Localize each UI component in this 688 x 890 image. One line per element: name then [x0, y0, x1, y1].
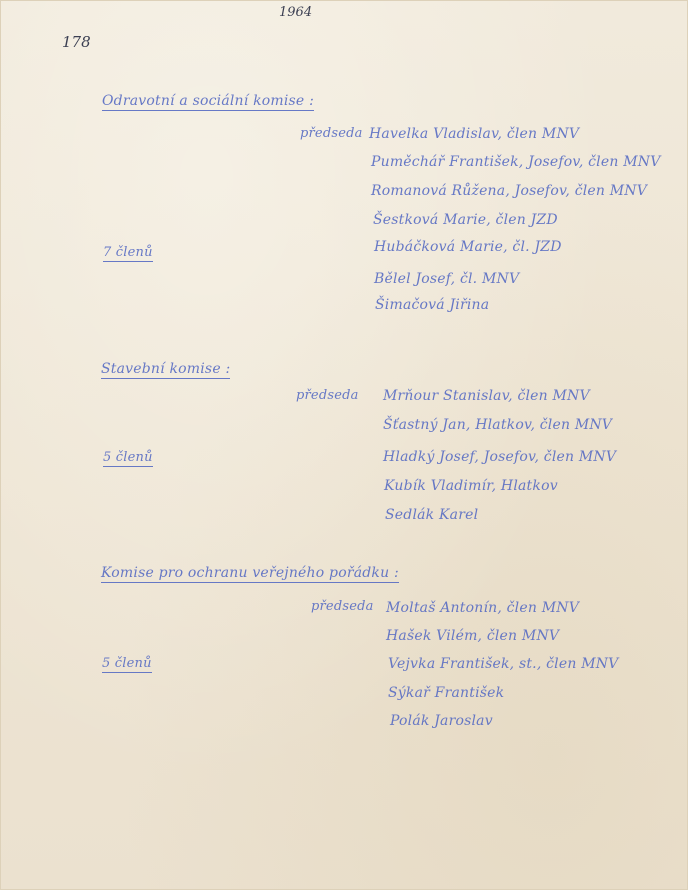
- document-year: 1964: [279, 6, 312, 19]
- section-title: Komise pro ochranu veřejného pořádku :: [101, 566, 399, 583]
- member-entry: Romanová Růžena, Josefov, člen MNV: [371, 184, 647, 198]
- members-count-label: 5 členů: [102, 657, 152, 673]
- member-entry: Vejvka František, st., člen MNV: [388, 657, 619, 671]
- member-entry: Šestková Marie, člen JZD: [373, 213, 558, 227]
- member-entry: Havelka Vladislav, člen MNV: [369, 127, 579, 141]
- chair-label: předseda: [296, 389, 359, 402]
- member-entry: Hubáčková Marie, čl. JZD: [374, 240, 562, 254]
- page-number: 178: [62, 35, 91, 50]
- member-entry: Mrňour Stanislav, člen MNV: [383, 389, 590, 403]
- member-entry: Hašek Vilém, člen MNV: [386, 629, 559, 643]
- member-entry: Polák Jaroslav: [390, 714, 493, 728]
- members-count-label: 5 členů: [103, 451, 153, 467]
- member-entry: Šťastný Jan, Hlatkov, člen MNV: [383, 418, 612, 432]
- member-entry: Bělel Josef, čl. MNV: [374, 272, 519, 286]
- member-entry: Puměchář František, Josefov, člen MNV: [371, 155, 661, 169]
- member-entry: Sedlák Karel: [385, 508, 478, 522]
- section-title: Stavební komise :: [101, 362, 230, 379]
- section-title: Odravotní a sociální komise :: [102, 94, 314, 111]
- member-entry: Šimačová Jiřina: [375, 298, 489, 312]
- chair-label: předseda: [311, 600, 374, 613]
- member-entry: Moltaš Antonín, člen MNV: [386, 601, 579, 615]
- member-entry: Hladký Josef, Josefov, člen MNV: [383, 450, 616, 464]
- member-entry: Kubík Vladimír, Hlatkov: [384, 479, 558, 493]
- member-entry: Sýkař František: [388, 686, 504, 700]
- members-count-label: 7 členů: [103, 246, 153, 262]
- document-page: 1964 178 Odravotní a sociální komise : p…: [0, 0, 688, 890]
- chair-label: předseda: [300, 127, 363, 140]
